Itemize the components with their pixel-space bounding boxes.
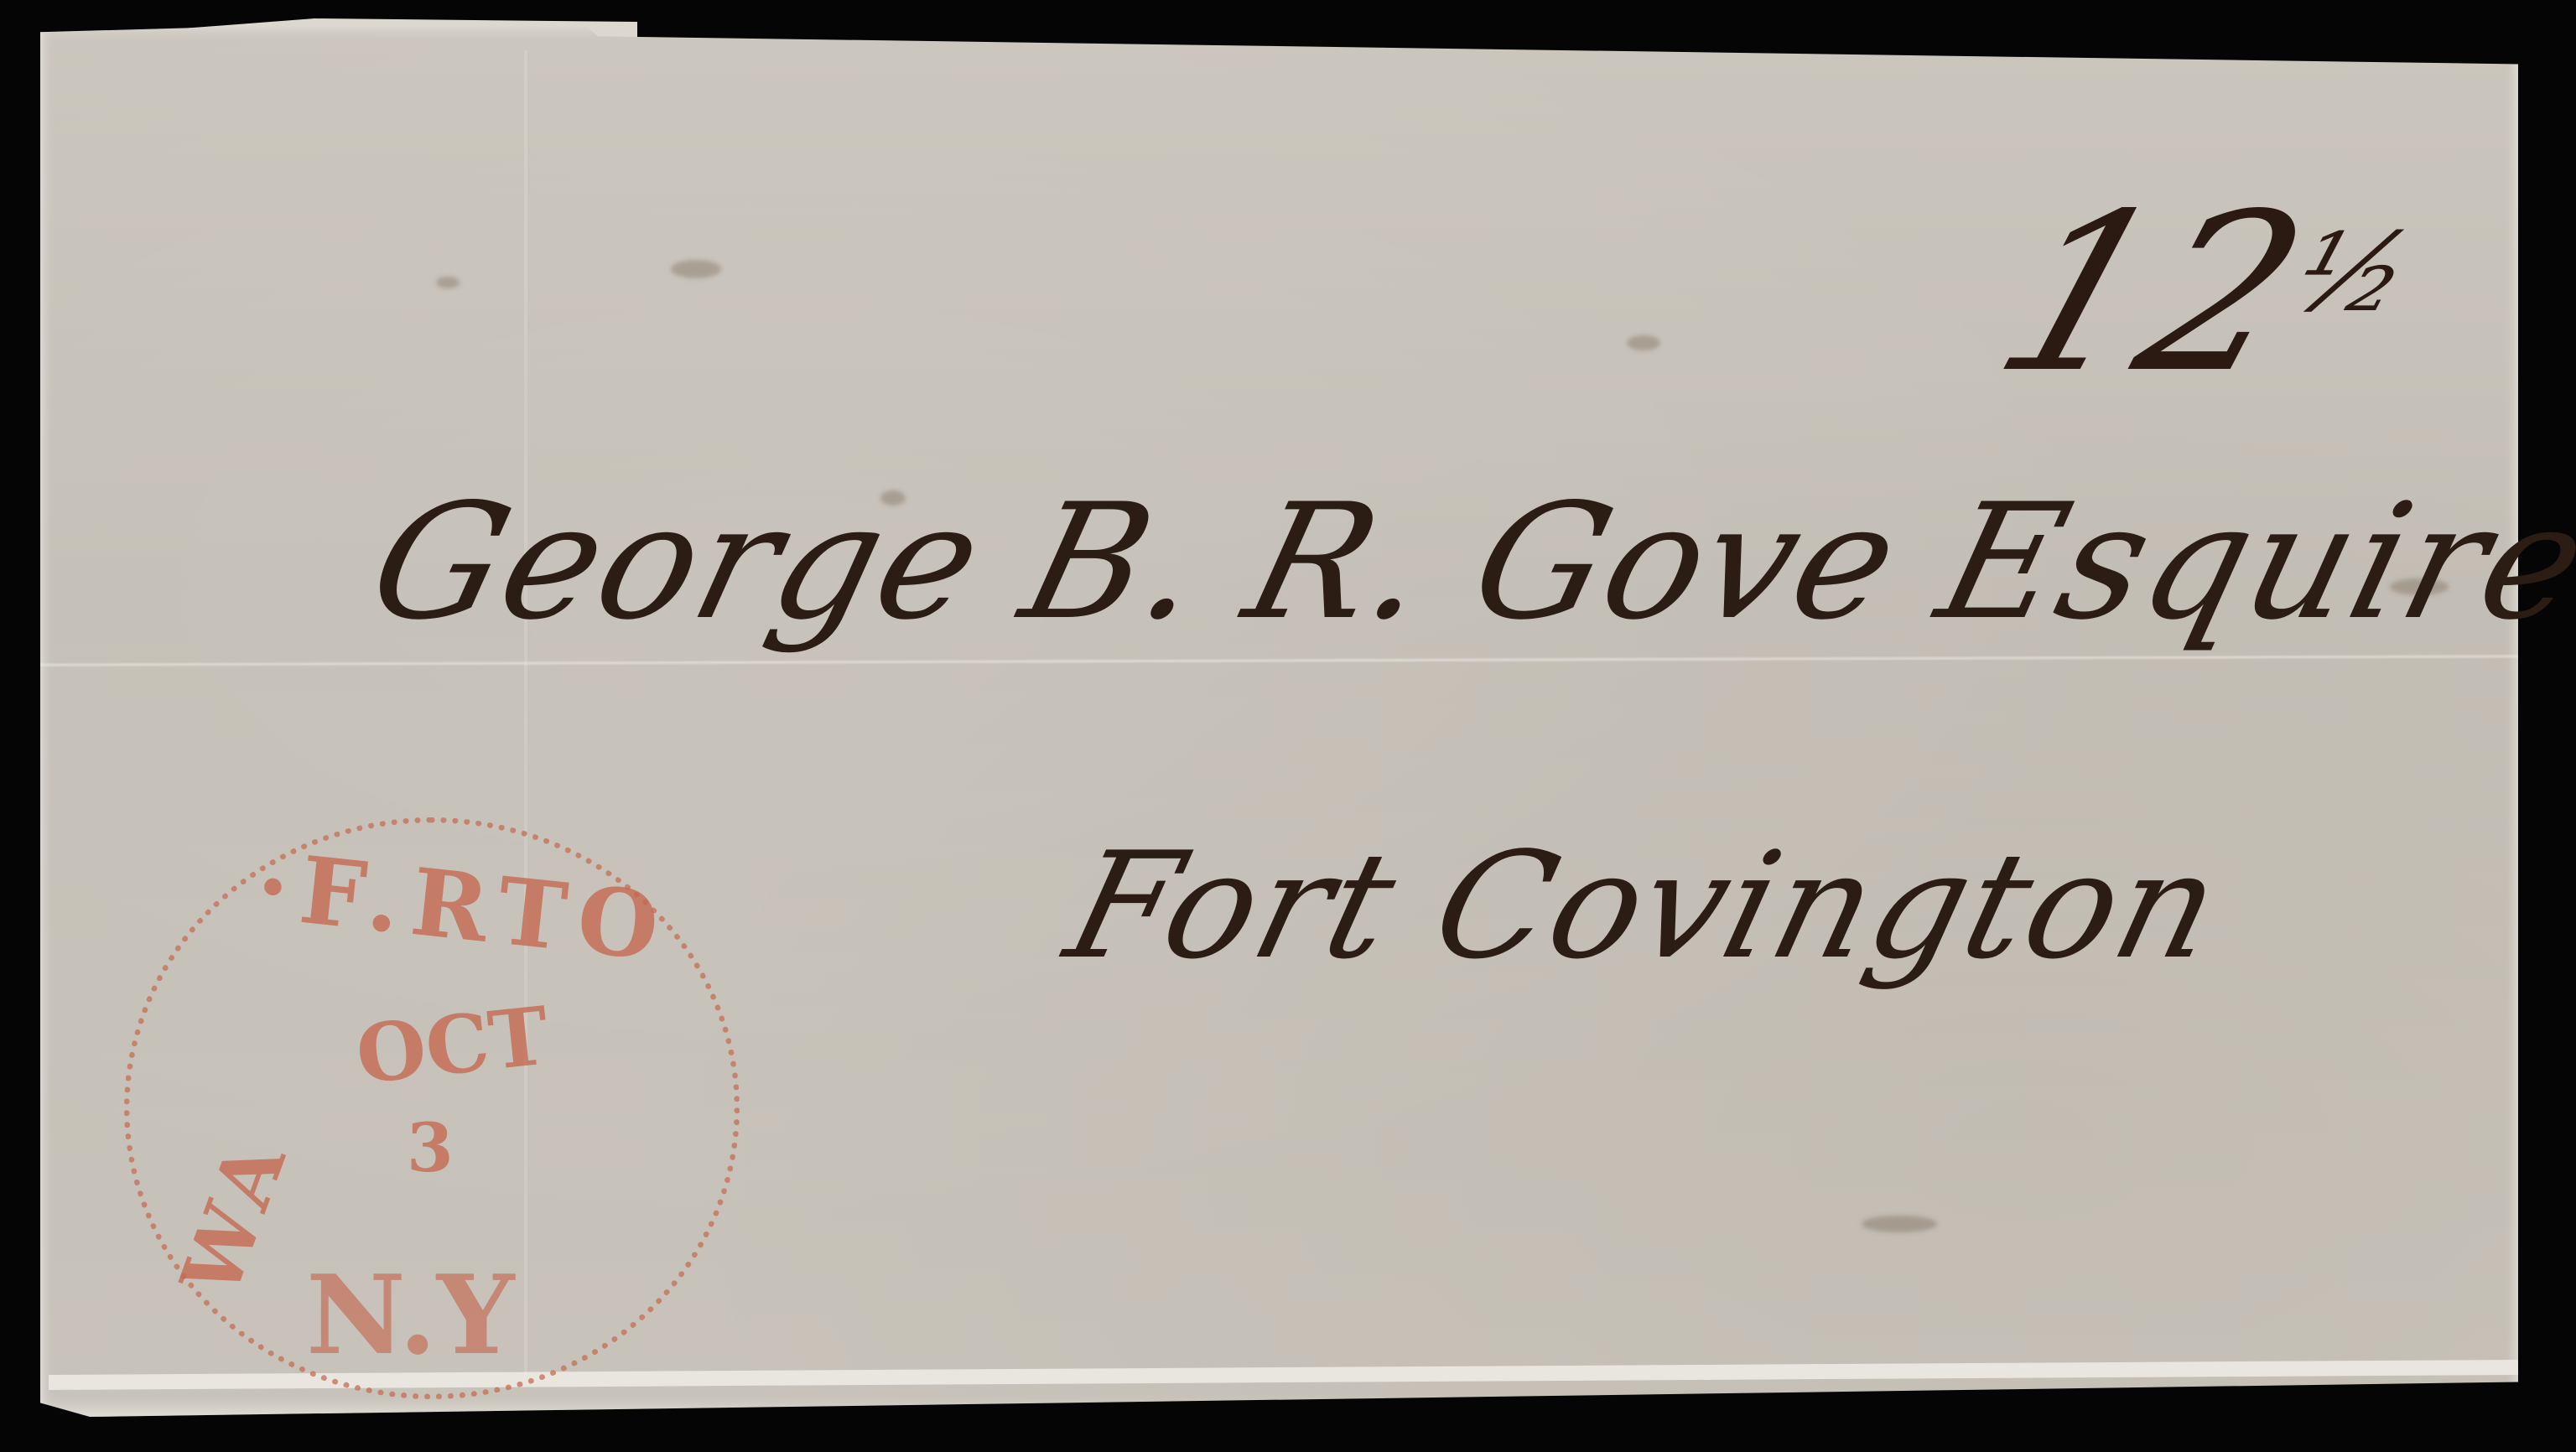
addressee-line: George B. R. Gove Esquire <box>354 469 2576 655</box>
postmark-month: OCT <box>352 989 553 1102</box>
foxing-spot <box>1627 335 1660 350</box>
destination-line: Fort Covington <box>1052 822 2237 992</box>
postmark-day: 3 <box>407 1108 454 1187</box>
foxing-spot <box>671 260 721 278</box>
postage-rate-marking: 12½ <box>1971 168 2442 421</box>
postmark-left-arc: WA <box>164 1123 307 1308</box>
circular-datestamp-postmark: ·F.RTO WA OCT 3 N.Y <box>124 817 740 1399</box>
foxing-spot <box>1862 1216 1937 1232</box>
foxing-spot <box>436 277 460 288</box>
postmark-state: N.Y <box>306 1251 515 1379</box>
